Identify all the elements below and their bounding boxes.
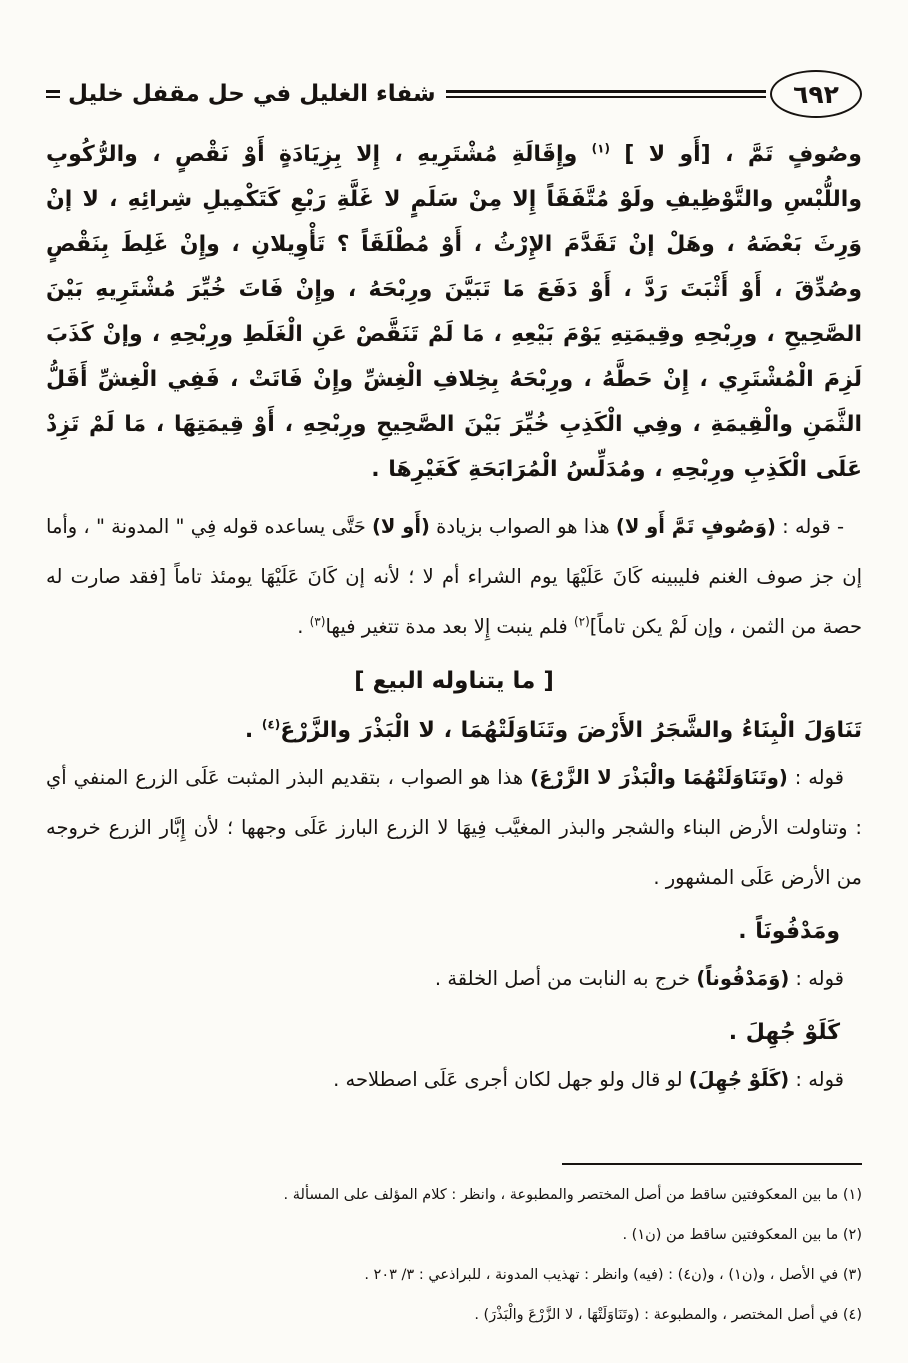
footnote-1: (١) ما بين المعكوفتين ساقط من أصل المختص… [46, 1175, 862, 1215]
matn-text: كَلَوْ جُهِلَ . [729, 1020, 840, 1045]
commentary-unknown: قوله : (كَلَوْ جُهِلَ) لو قال ولو جهل لك… [46, 1055, 862, 1105]
page-number: ٦٩٢ [793, 80, 839, 109]
commentary-lead: قوله : [789, 1068, 844, 1091]
matn-text: وصُوفٍ تَمَّ ، [أَو لا ] [610, 142, 862, 167]
quoted-matn-phrase: (وتَنَاوَلَتْهُمَا والْبَذْرَ لا الزَّرْ… [530, 766, 788, 789]
matn-paragraph-unknown: كَلَوْ جُهِلَ . [46, 1010, 862, 1055]
commentary-text: هذا هو الصواب بزيادة [430, 515, 616, 538]
footnotes-section: (١) ما بين المعكوفتين ساقط من أصل المختص… [46, 1163, 862, 1335]
matn-text: تَنَاوَلَ الْبِنَاءُ والشَّجَرُ الأَرْضَ… [280, 718, 862, 743]
footnote-ref-3: (٣) [310, 615, 326, 629]
page-number-badge: ٦٩٢ [770, 70, 862, 118]
commentary-sale: قوله : (وتَنَاوَلَتْهُمَا والْبَذْرَ لا … [46, 753, 862, 903]
footnote-3: (٣) في الأصل ، و(ن١) ، و(ن٤) : (فيه) وان… [46, 1255, 862, 1295]
header-rule [446, 90, 766, 98]
matn-paragraph-buried: ومَدْفُونَاً . [46, 909, 862, 954]
matn-text: . [245, 718, 262, 743]
matn-text: ومَدْفُونَاً . [738, 919, 840, 944]
commentary-text: . [297, 615, 309, 638]
quoted-matn-phrase: (وَصُوفٍ تَمَّ أَو لا) [616, 515, 776, 538]
footnote-text: في الأصل ، و(ن١) ، و(ن٤) : (فيه) وانظر :… [364, 1267, 843, 1283]
footnote-marker: (٤) [843, 1307, 862, 1323]
commentary-lead: قوله : [788, 766, 844, 789]
commentary-lead: قوله : [789, 967, 844, 990]
book-title: شفاء الغليل في حل مقفل خليل [68, 81, 438, 107]
footnote-text: في أصل المختصر ، والمطبوعة : (وتَنَاوَلَ… [474, 1307, 843, 1323]
commentary-text: خرج به النابت من أصل الخلقة . [435, 967, 696, 990]
section-heading: [ ما يتناوله البيع ] [46, 668, 862, 694]
footnote-ref-2: (٢) [574, 615, 590, 629]
quoted-matn-phrase: (أَو لا) [372, 515, 430, 538]
commentary-text: لو قال ولو جهل لكان أجرى عَلَى اصطلاحه . [333, 1068, 689, 1091]
quoted-matn-phrase: (كَلَوْ جُهِلَ) [689, 1068, 789, 1091]
commentary-text: فلم ينبت إِلا بعد مدة تتغير فيها [325, 615, 574, 638]
commentary-buried: قوله : (وَمَدْفُوناً) خرج به النابت من أ… [46, 954, 862, 1004]
footnote-separator-rule [562, 1163, 862, 1165]
quoted-matn-phrase: (وَمَدْفُوناً) [696, 967, 789, 990]
footnote-marker: (٣) [843, 1267, 862, 1283]
footnote-text: ما بين المعكوفتين ساقط من أصل المختصر وا… [284, 1187, 843, 1203]
footnote-marker: (١) [843, 1187, 862, 1203]
commentary-wool: - قوله : (وَصُوفٍ تَمَّ أَو لا) هذا هو ا… [46, 502, 862, 652]
book-page-scan: ٦٩٢ شفاء الغليل في حل مقفل خليل وصُوفٍ ت… [0, 0, 908, 1363]
footnote-ref-4: (٤) [262, 718, 280, 732]
footnote-ref-1: (١) [592, 142, 610, 156]
matn-paragraph-wool: وصُوفٍ تَمَّ ، [أَو لا ] (١) وإِقَالَةِ … [46, 132, 862, 492]
matn-text: وإِقَالَةِ مُشْتَرِيهِ ، إِلا بِزِيَادَة… [46, 142, 862, 482]
footnote-text: ما بين المعكوفتين ساقط من (ن١) . [622, 1227, 842, 1243]
footnote-2: (٢) ما بين المعكوفتين ساقط من (ن١) . [46, 1215, 862, 1255]
commentary-lead: - قوله : [776, 515, 844, 538]
page-header: ٦٩٢ شفاء الغليل في حل مقفل خليل [46, 68, 862, 120]
footnote-marker: (٢) [843, 1227, 862, 1243]
footnote-4: (٤) في أصل المختصر ، والمطبوعة : (وتَنَا… [46, 1295, 862, 1335]
header-rule-stub [46, 90, 60, 98]
matn-paragraph-sale: تَنَاوَلَ الْبِنَاءُ والشَّجَرُ الأَرْضَ… [46, 708, 862, 753]
